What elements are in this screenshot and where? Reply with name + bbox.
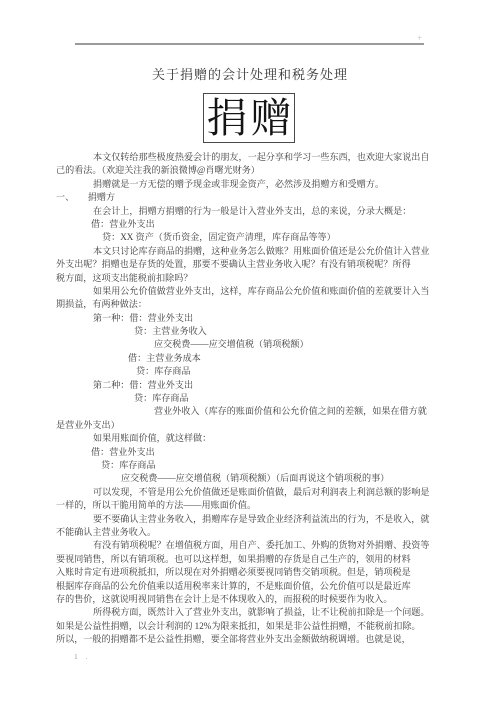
header-rule bbox=[75, 43, 424, 45]
text-line: 所得税方面，既然计入了营业外支出，就影响了损益，让不让税前扣除是一个问题。 bbox=[56, 606, 420, 619]
text-line: 贷：主营业务收入 bbox=[56, 325, 420, 338]
text-line: 贷：XX 资产（货币资金，固定资产清理，库存商品等等） bbox=[56, 231, 420, 244]
text-line: 应交税费——应交增值税（销项税额） bbox=[56, 338, 420, 351]
text-line: 一样的，所以干脆用简单的方法——用账面价值。 bbox=[56, 499, 420, 512]
text-line: 存的售价，这就说明视同销售在会计上是不体现收入的，而报税的时候要作为收入。 bbox=[56, 593, 420, 606]
text-line: 贷：库存商品 bbox=[56, 459, 420, 472]
text-line: 在会计上，捐赠方捐赠的行为一般是计入营业外支出，总的来说，分录大概是： bbox=[56, 205, 420, 218]
document-page: + 关于捐赠的会计处理和税务处理 捐赠 本文仅转给那些极度热爱会计的朋友，一起分… bbox=[0, 0, 500, 708]
text-line: 期损益，有两种做法： bbox=[56, 298, 420, 311]
text-line: 是营业外支出） bbox=[56, 419, 420, 432]
text-line: 外支出呢？捐赠也是存货的处置，那要不要确认主营业务收入呢？有没有销项税呢？所得 bbox=[56, 258, 420, 271]
text-line: 如果是公益性捐赠，以会计利润的 12%为限来抵扣，如果是非公益性捐赠，不能税前扣… bbox=[56, 620, 420, 633]
text-line: 如果用账面价值，就这样做： bbox=[56, 432, 420, 445]
text-line: 有没有销项税呢？在增值税方面，用自产、委托加工、外购的货物对外捐赠、投资等 bbox=[56, 539, 420, 552]
document-body: 本文仅转给那些极度热爱会计的朋友，一起分享和学习一些东西，也欢迎大家说出自己的看… bbox=[56, 151, 420, 646]
text-line: 要不要确认主营业务收入，捐赠库存是导致企业经济利益流出的行为，不是收入，就 bbox=[56, 513, 420, 526]
page-title: 关于捐赠的会计处理和税务处理 bbox=[0, 64, 500, 83]
text-line: 第一种：借：营业外支出 bbox=[56, 312, 420, 325]
text-line: 税方面，这项支出能税前扣除吗？ bbox=[56, 272, 420, 285]
text-line: 所以，一般的捐赠都不是公益性捐赠，要全部将营业外支出金额做纳税调增。也就是说， bbox=[56, 633, 420, 646]
text-line: 可以发现，不管是用公允价值做还是账面价值做，最后对利润表上利润总额的影响是 bbox=[56, 486, 420, 499]
text-line: 一、 捐赠方 bbox=[56, 191, 420, 204]
text-line: 如果用公允价值做营业外支出，这样，库存商品公允价值和账面价值的差就要计入当 bbox=[56, 285, 420, 298]
text-line: 借：营业外支出 bbox=[56, 446, 420, 459]
text-line: 入账时肯定有进项税抵扣，所以现在对外捐赠必须要视同销售交销项税。但是，销项税是 bbox=[56, 566, 420, 579]
text-line: 根据库存商品的公允价值乘以适用税率来计算的，不是账面价值，公允价值可以是最近库 bbox=[56, 580, 420, 593]
text-line: 贷：库存商品 bbox=[56, 365, 420, 378]
donation-stamp-box: 捐赠 bbox=[203, 93, 295, 143]
text-line: 本文仅转给那些极度热爱会计的朋友，一起分享和学习一些东西，也欢迎大家说出自 bbox=[56, 151, 420, 164]
text-line: 己的看法。（欢迎关注我的新浪微博@肖曙光财务） bbox=[56, 164, 420, 177]
text-line: 不能确认主营业务收入。 bbox=[56, 526, 420, 539]
text-line: 捐赠就是一方无偿的赠予现金或非现金资产，必然涉及捐赠方和受赠方。 bbox=[56, 178, 420, 191]
donation-stamp-text: 捐赠 bbox=[204, 98, 295, 139]
text-line: 贷：库存商品 bbox=[56, 392, 420, 405]
text-line: 借：营业外支出 bbox=[56, 218, 420, 231]
text-line: 借：主营业务成本 bbox=[56, 352, 420, 365]
text-line: 要视同销售，所以有销项税。也可以这样想，如果捐赠的存货是自己生产的，领用的材料 bbox=[56, 553, 420, 566]
text-line: 第二种：借：营业外支出 bbox=[56, 379, 420, 392]
text-line: 营业外收入（库存的账面价值和公允价值之间的差额，如果在借方就 bbox=[56, 405, 420, 418]
cursor-mark: + bbox=[417, 33, 422, 43]
page-footnote: 1 . bbox=[74, 652, 91, 661]
text-line: 应交税费——应交增值税（销项税额）（后面再说这个销项税的事） bbox=[56, 472, 420, 485]
text-line: 本文只讨论库存商品的捐赠，这种业务怎么做账？用账面价值还是公允价值计入营业 bbox=[56, 245, 420, 258]
